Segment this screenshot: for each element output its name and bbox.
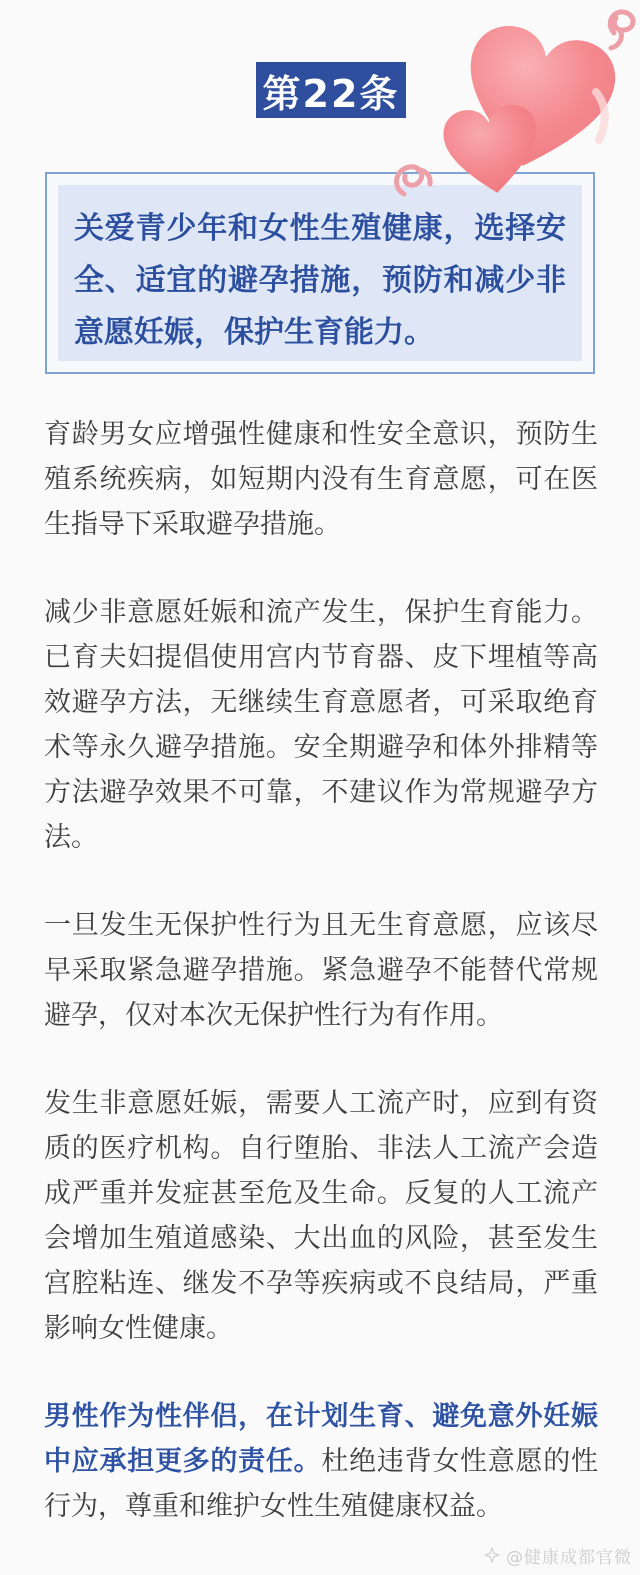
watermark-logo-icon	[483, 1547, 501, 1565]
body-content: 育龄男女应增强性健康和性安全意识，预防生殖系统疾病，如短期内没有生育意愿，可在医…	[44, 412, 598, 1572]
spiral-icon-top	[610, 12, 633, 48]
watermark-text: @健康成都官微	[506, 1543, 632, 1568]
body-paragraph: 减少非意愿妊娠和流产发生，保护生育能力。已育夫妇提倡使用宫内节育器、皮下埋植等高…	[44, 590, 598, 860]
body-paragraph: 一旦发生无保护性行为且无生育意愿，应该尽早采取紧急避孕措施。紧急避孕不能替代常规…	[44, 903, 598, 1038]
body-paragraph-final: 男性作为性伴侣，在计划生育、避免意外妊娠中应承担更多的责任。杜绝违背女性意愿的性…	[44, 1394, 598, 1529]
poster-page: 第22条 关爱青少年和女性生殖健康，选择安全、适宜的避孕措施，预防和减少非意愿妊…	[0, 0, 640, 1575]
article-number-badge: 第22条	[256, 62, 406, 118]
heart-sheen	[596, 92, 605, 140]
highlight-box-inner: 关爱青少年和女性生殖健康，选择安全、适宜的避孕措施，预防和减少非意愿妊娠，保护生…	[58, 185, 582, 361]
article-number-label: 第22条	[263, 63, 400, 118]
big-heart-icon	[452, 19, 622, 181]
highlight-box: 关爱青少年和女性生殖健康，选择安全、适宜的避孕措施，预防和减少非意愿妊娠，保护生…	[45, 172, 595, 374]
highlight-text: 关爱青少年和女性生殖健康，选择安全、适宜的避孕措施，预防和减少非意愿妊娠，保护生…	[74, 203, 566, 359]
watermark: @健康成都官微	[483, 1543, 632, 1568]
body-paragraph: 发生非意愿妊娠，需要人工流产时，应到有资质的医疗机构。自行堕胎、非法人工流产会造…	[44, 1081, 598, 1351]
body-paragraph: 育龄男女应增强性健康和性安全意识，预防生殖系统疾病，如短期内没有生育意愿，可在医…	[44, 412, 598, 547]
